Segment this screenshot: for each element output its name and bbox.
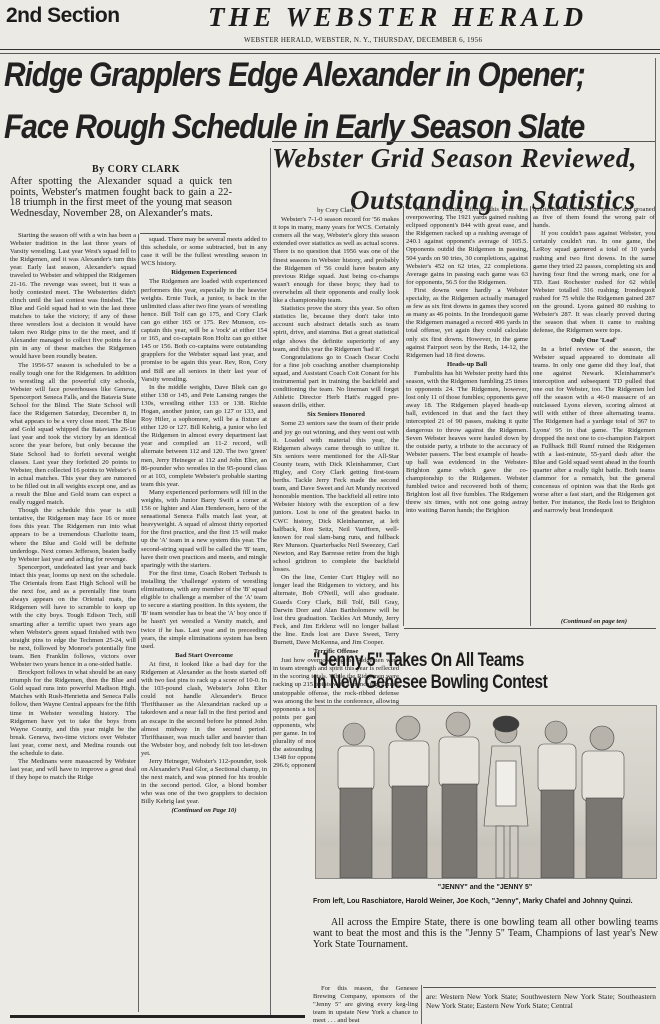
paragraph: In a brief review of the season, the Web… (533, 346, 655, 516)
wrestling-lede: After spotting the Alexander squad a qui… (10, 177, 232, 219)
newspaper-page: 2nd Section THE WEBSTER HERALD WEBSTER H… (0, 0, 660, 1024)
paragraph: Some 23 seniors saw the team of their pr… (273, 420, 399, 574)
paper-name: THE WEBSTER HERALD (208, 2, 587, 33)
wrestling-headline-line1: Ridge Grapplers Edge Alexander in Opener… (4, 56, 576, 95)
grid-bottom-rule (404, 628, 656, 629)
continued-link[interactable]: (Continued on page ten) (533, 618, 655, 626)
bowling-headline: "Jenny 5" Takes On All Teams In New Gene… (313, 650, 592, 694)
subhead-ridgemen-experienced: Ridgemen Experienced (141, 269, 267, 277)
paragraph: In the middle weights, Dave Bliek can go… (141, 384, 267, 489)
paragraph: Brockport follows in what should be an e… (10, 669, 136, 758)
column-rule (270, 148, 271, 1018)
paragraph: Though the schedule this year is still t… (10, 507, 136, 564)
bowling-column-2: are: Western New York State; Southwester… (426, 992, 656, 1024)
paragraph: The Medinans were massacred by Webster l… (10, 758, 136, 782)
subhead-heads-up-ball: Heads-up Ball (406, 361, 528, 369)
masthead: 2nd Section THE WEBSTER HERALD WEBSTER H… (0, 0, 660, 52)
paragraph: For the first time, Coach Robert Terbush… (141, 570, 267, 651)
grid-column-3: quarterback heaved nine passes and groan… (533, 206, 655, 618)
paragraph: Starting the season off with a win has b… (10, 232, 136, 362)
photo-cutline: From left, Lou Raschiatore, Harold Weine… (313, 897, 658, 906)
wrestling-byline: By CORY CLARK (92, 164, 180, 175)
column-rule (403, 206, 404, 626)
dateline: WEBSTER HERALD, WEBSTER, N. Y., THURSDAY… (244, 36, 482, 44)
column-rule (138, 234, 139, 1012)
grid-continued-wrap: (Continued on page ten) (533, 618, 655, 628)
jenny-5-photo (315, 705, 657, 879)
bowling-headline-line1: "Jenny 5" Takes On All Teams (313, 650, 592, 672)
column-rule (421, 985, 422, 1024)
section-label: 2nd Section (6, 4, 120, 28)
paragraph: At first, it looked like a bad day for t… (141, 661, 267, 758)
lede-rule (140, 233, 226, 234)
paragraph: Spencerport, undefeated last year and ba… (10, 564, 136, 669)
bowling-headline-line2: In New Genesee Bowling Contest (313, 672, 592, 694)
paragraph: Congratulations go to Coach Oscar Cochi … (273, 354, 399, 411)
grid-top-rule (272, 141, 655, 142)
paragraph: On the line, Center Curt Higley will no … (273, 574, 399, 647)
paragraph: Fumbulitis has hit Webster pretty hard t… (406, 370, 528, 516)
paragraph: squad. There may be several meets added … (141, 236, 267, 268)
paragraph: Webster's 7-1-0 season record for '56 ma… (273, 216, 399, 305)
masthead-rule (0, 49, 660, 54)
paragraph: For this reason, the Genesee Brewing Com… (313, 985, 418, 1024)
column-rule (530, 206, 531, 626)
bowling-box-rule (423, 987, 656, 988)
wrestling-column-2: squad. There may be several meets added … (141, 236, 267, 1012)
subhead-only-one-loaf: Only One 'Loaf' (533, 337, 655, 345)
paragraph: The Ridgemen are loaded with experienced… (141, 278, 267, 383)
paragraph: All across the Empire State, there is on… (313, 917, 658, 950)
paragraph: are: Western New York State; Southwester… (426, 992, 656, 1010)
bowling-lede: All across the Empire State, there is on… (313, 917, 658, 950)
subhead-six-seniors-honored: Six Seniors Honored (273, 411, 399, 419)
paragraph: Jerry Heineger, Webster's 112-pounder, t… (141, 758, 267, 807)
right-border-rule (655, 58, 656, 288)
wrestling-column-1: Starting the season off with a win has b… (10, 232, 136, 1012)
bowling-column-1: For this reason, the Genesee Brewing Com… (313, 985, 418, 1024)
paragraph: The 1956-57 season is scheduled to be a … (10, 362, 136, 508)
continued-link[interactable]: (Continued on Page 10) (141, 807, 267, 815)
grid-byline: by Cory Clark (273, 207, 399, 215)
photo-caption: "JENNY" and the "JENNY 5" (315, 884, 655, 891)
paragraph: Webster's rushing offense this year was … (406, 206, 528, 287)
bottom-rule (10, 1015, 305, 1018)
paragraph: quarterback heaved nine passes and groan… (533, 206, 655, 230)
bowling-team-photo-icon (316, 706, 656, 878)
paragraph: Many experienced performers will fill in… (141, 489, 267, 570)
paragraph: Statistics prove the story this year. So… (273, 305, 399, 354)
subhead-bad-start-overcome: Bad Start Overcome (141, 652, 267, 660)
paragraph: First downs were hardly a Webster specia… (406, 287, 528, 360)
grid-column-2: Webster's rushing offense this year was … (406, 206, 528, 626)
grid-headline-line1: Webster Grid Season Reviewed, (272, 143, 637, 174)
paragraph: If you couldn't pass against Webster, yo… (533, 230, 655, 335)
